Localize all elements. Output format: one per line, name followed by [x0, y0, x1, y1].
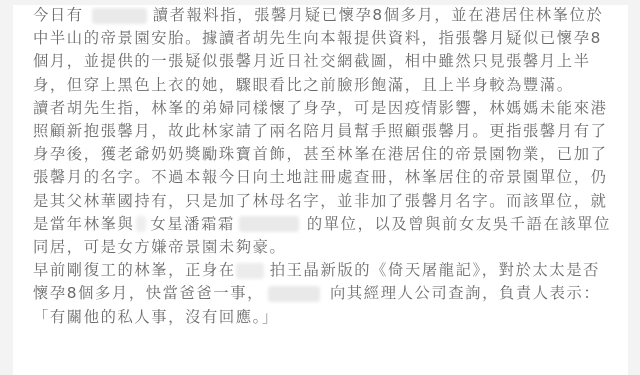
redacted-blur	[239, 216, 299, 232]
paragraph-1: 今日有讀者報料指，張馨月疑已懷孕8個多月，並在港居住林峯位於中半山的帝景園安胎。…	[33, 4, 613, 97]
text: 女星潘霜霜	[150, 215, 235, 233]
redacted-blur	[236, 263, 264, 279]
redacted-blur	[92, 8, 147, 24]
paragraph-2: 讀者胡先生指，林峯的弟婦同樣懷了身孕，可是因疫情影響，林媽媽未能來港照顧新抱張馨…	[33, 97, 613, 259]
news-article: 今日有讀者報料指，張馨月疑已懷孕8個多月，並在港居住林峯位於中半山的帝景園安胎。…	[33, 4, 613, 329]
text: 今日有	[33, 6, 84, 24]
redacted-blur	[268, 286, 320, 302]
redacted-blur	[136, 216, 146, 232]
text: 早前剛復工的林峯，正身在	[33, 261, 236, 279]
paragraph-3: 早前剛復工的林峯，正身在拍王晶新版的《倚天屠龍記》，對於太太是否懷孕8個多月，快…	[33, 259, 613, 329]
text: 讀者胡先生指，林峯的弟婦同樣懷了身孕，可是因疫情影響，林媽媽未能來港照顧新抱張馨…	[33, 99, 608, 233]
